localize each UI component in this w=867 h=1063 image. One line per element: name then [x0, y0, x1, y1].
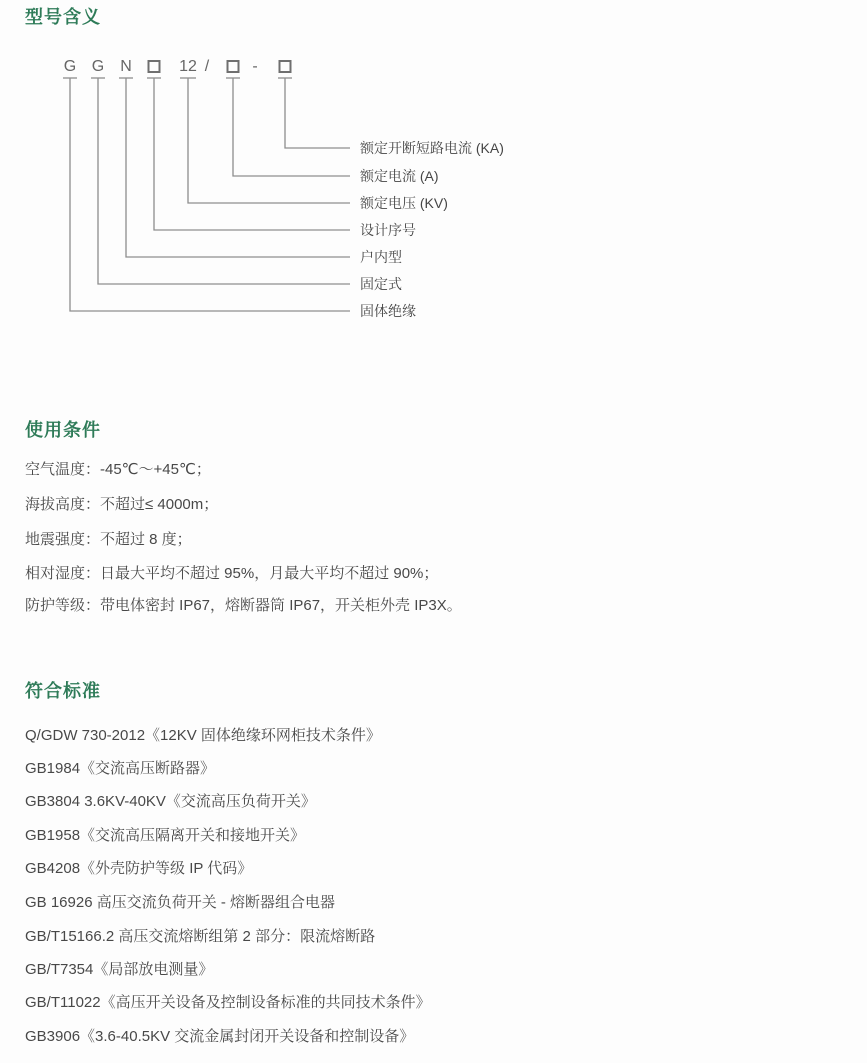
- model-code-diagram: G G N 12 / -: [0, 0, 620, 335]
- diagram-label-design-serial: 设计序号: [360, 221, 416, 239]
- section-title-standards: 符合标准: [25, 680, 101, 702]
- standard-item-gbt15166: GB/T15166.2 高压交流熔断组第 2 部分：限流熔断路: [25, 927, 375, 947]
- standard-item-gb16926: GB 16926 高压交流负荷开关 - 熔断器组合电器: [25, 893, 335, 913]
- standard-item-gbt11022: GB/T11022《高压开关设备及控制设备标准的共同技术条件》: [25, 993, 431, 1013]
- diagram-label-solid-insulation: 固体绝缘: [360, 302, 416, 320]
- standard-item-gb3906: GB3906《3.6-40.5KV 交流金属封闭开关设备和控制设备》: [25, 1027, 414, 1047]
- diagram-label-fixed-type: 固定式: [360, 275, 402, 293]
- condition-altitude: 海拔高度：不超过≤ 4000m；: [25, 495, 218, 515]
- standard-item-gb4208: GB4208《外壳防护等级 IP 代码》: [25, 859, 252, 879]
- diagram-connector-lines: [0, 0, 620, 335]
- condition-air-temperature: 空气温度：-45℃～+45℃；: [25, 460, 211, 480]
- standard-item-qgdw730: Q/GDW 730-2012《12KV 固体绝缘环网柜技术条件》: [25, 726, 381, 746]
- condition-seismic: 地震强度：不超过 8 度；: [25, 530, 192, 550]
- diagram-label-breaking-current: 额定开断短路电流 (KA): [360, 139, 504, 157]
- diagram-label-rated-current: 额定电流 (A): [360, 167, 439, 185]
- standard-item-gb1984: GB1984《交流高压断路器》: [25, 759, 215, 779]
- diagram-label-indoor-type: 户内型: [360, 248, 402, 266]
- standard-item-gb1958: GB1958《交流高压隔离开关和接地开关》: [25, 826, 305, 846]
- section-title-usage-conditions: 使用条件: [25, 419, 101, 441]
- standard-item-gbt7354: GB/T7354《局部放电测量》: [25, 960, 213, 980]
- standard-item-gb3804: GB3804 3.6KV-40KV《交流高压负荷开关》: [25, 792, 316, 812]
- document-page: 型号含义 G G N 12 / -: [0, 0, 867, 1063]
- condition-protection-grade: 防护等级：带电体密封 IP67，熔断器筒 IP67，开关柜外壳 IP3X。: [25, 596, 462, 616]
- condition-humidity: 相对湿度：日最大平均不超过 95%，月最大平均不超过 90%；: [25, 564, 438, 584]
- diagram-label-rated-voltage: 额定电压 (KV): [360, 194, 448, 212]
